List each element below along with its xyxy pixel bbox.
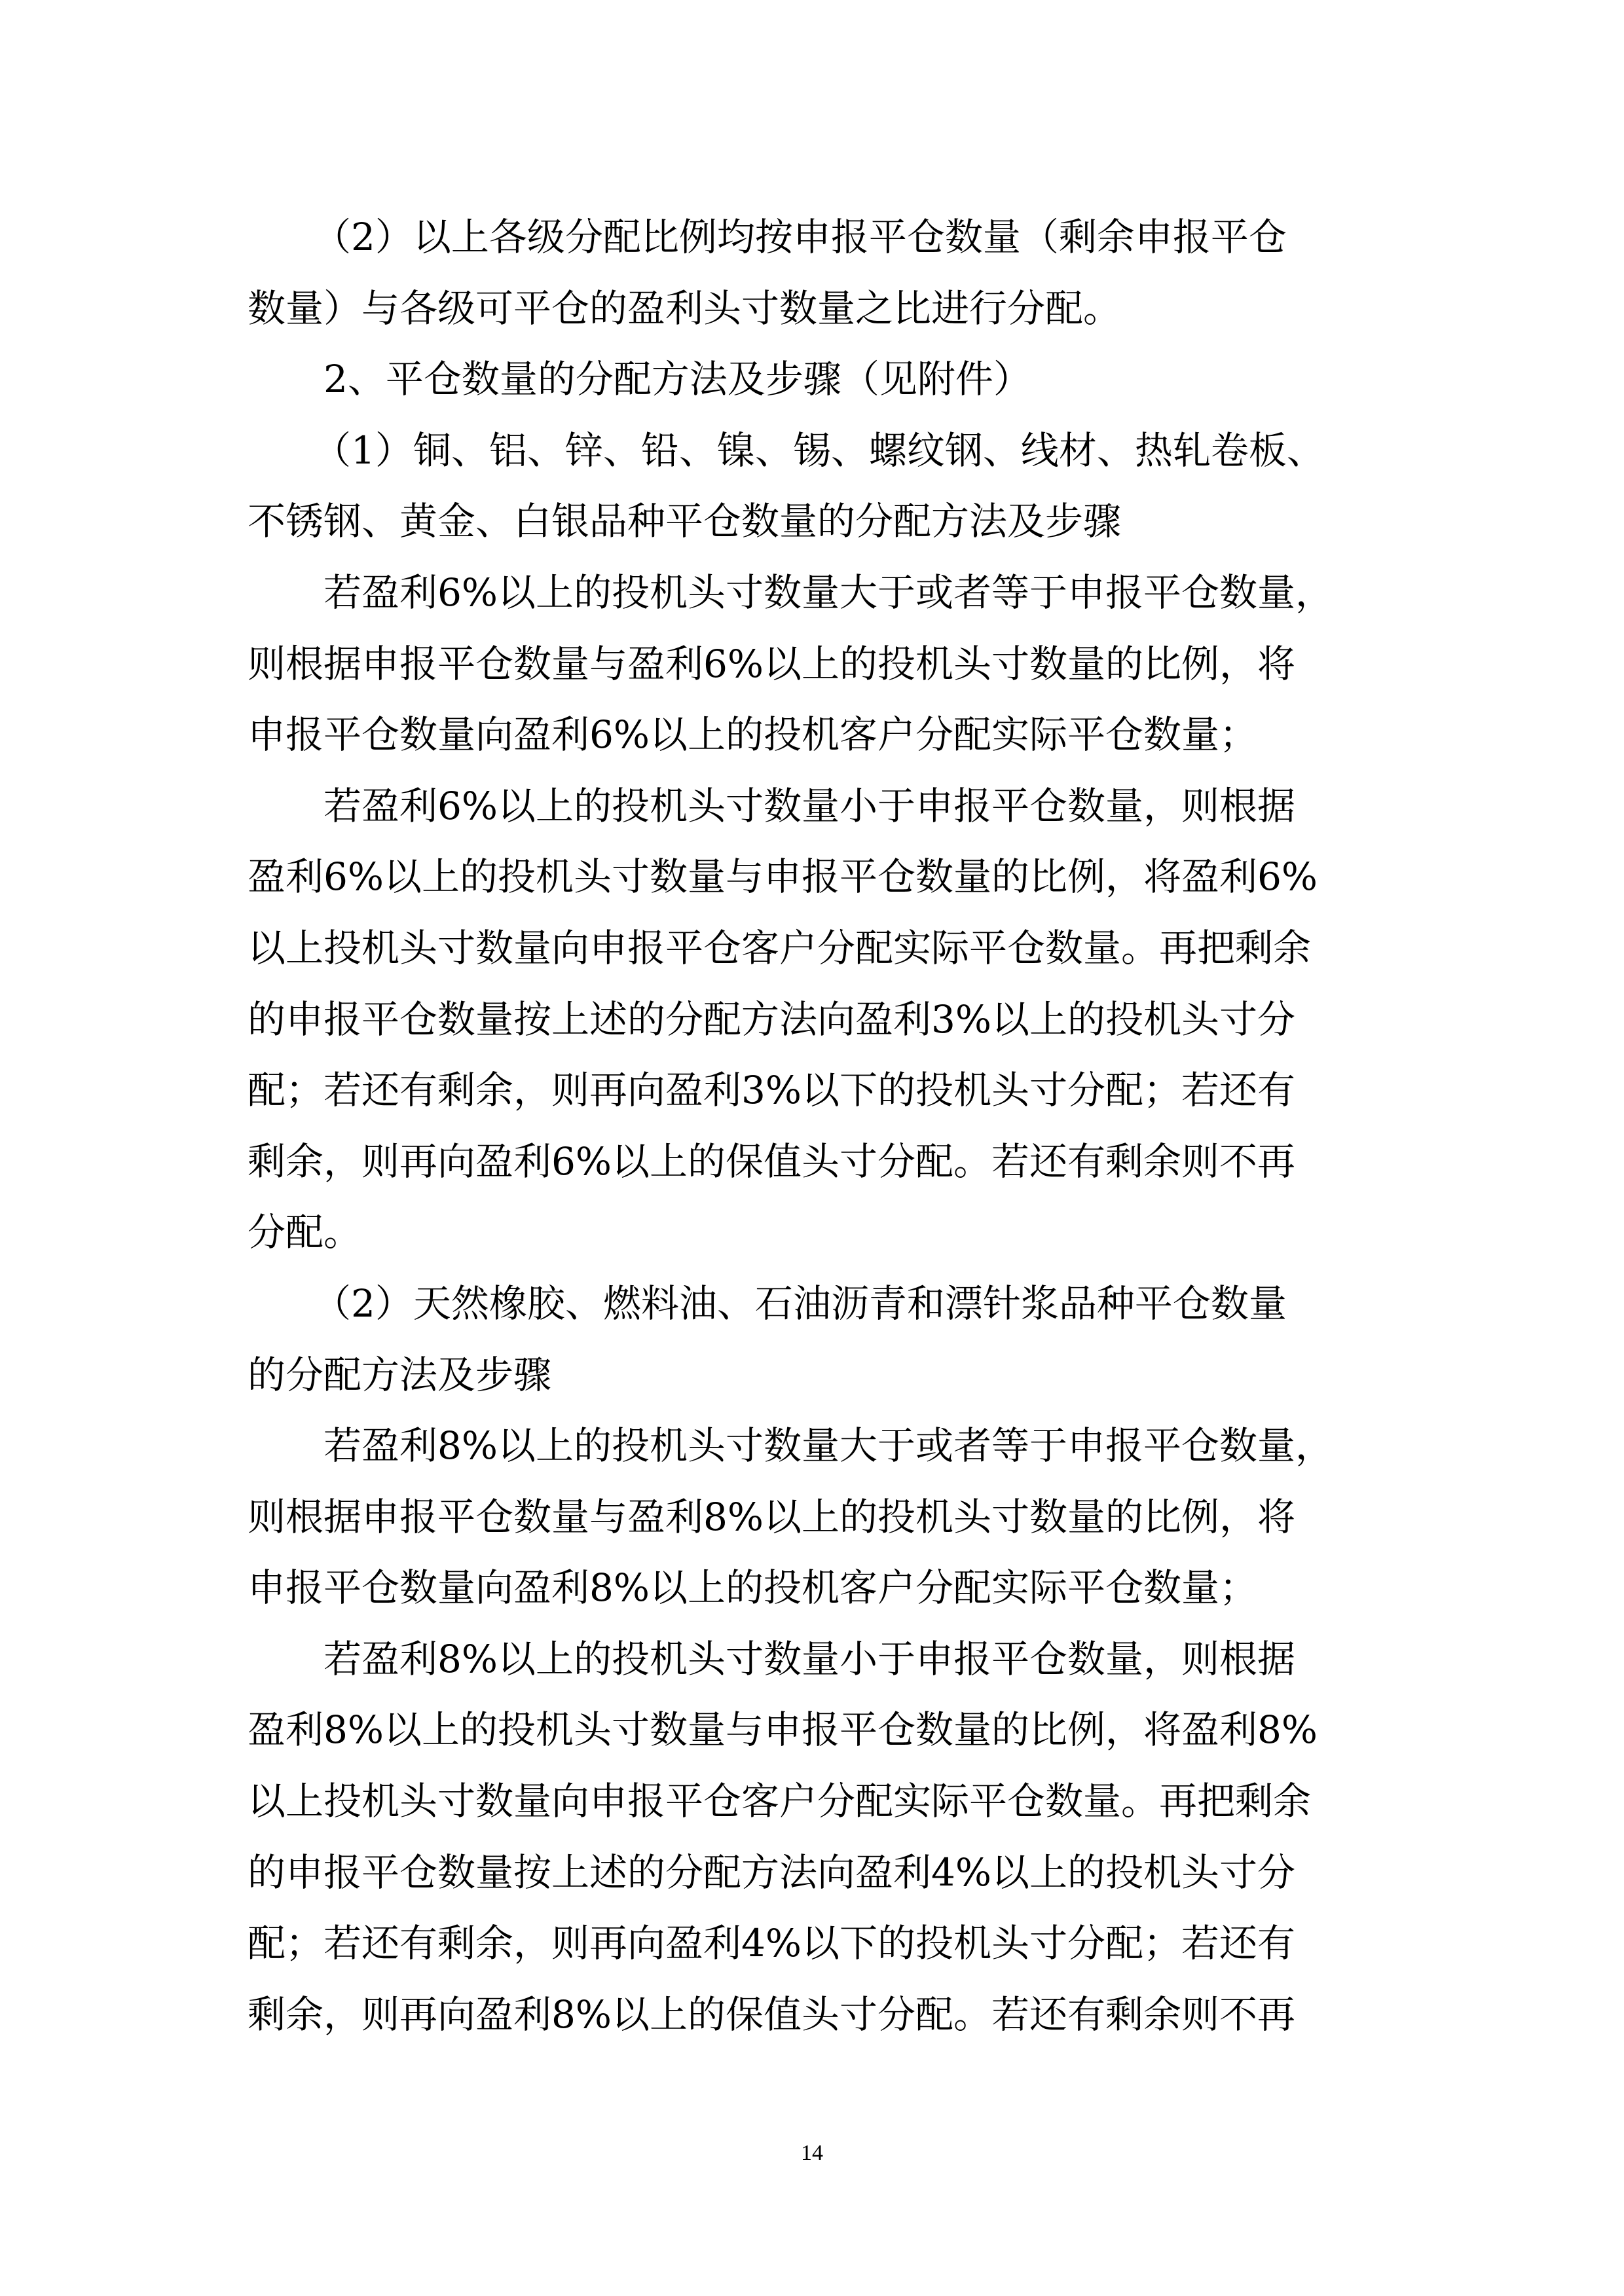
text-line: 以上投机头寸数量向申报平仓客户分配实际平仓数量。再把剩余 (248, 1766, 1387, 1837)
text-line: （2）以上各级分配比例均按申报平仓数量（剩余申报平仓 (248, 202, 1387, 273)
text-line: 数量）与各级可平仓的盈利头寸数量之比进行分配。 (248, 273, 1387, 344)
text-line: 的申报平仓数量按上述的分配方法向盈利3%以上的投机头寸分 (248, 984, 1387, 1055)
subsection-heading: 不锈钢、黄金、白银品种平仓数量的分配方法及步骤 (248, 486, 1387, 557)
text-line: 的申报平仓数量按上述的分配方法向盈利4%以上的投机头寸分 (248, 1837, 1387, 1908)
text-line: 若盈利6%以上的投机头寸数量小于申报平仓数量，则根据 (248, 771, 1387, 842)
subsection-heading: （2）天然橡胶、燃料油、石油沥青和漂针浆品种平仓数量 (248, 1268, 1387, 1339)
document-page: （2）以上各级分配比例均按申报平仓数量（剩余申报平仓 数量）与各级可平仓的盈利头… (0, 0, 1624, 2296)
subsection-heading: 的分配方法及步骤 (248, 1339, 1387, 1411)
text-line: 分配。 (248, 1197, 1387, 1268)
text-line: 配；若还有剩余，则再向盈利4%以下的投机头寸分配；若还有 (248, 1908, 1387, 1979)
body-text: （2）以上各级分配比例均按申报平仓数量（剩余申报平仓 数量）与各级可平仓的盈利头… (248, 202, 1387, 2050)
page-number: 14 (0, 2141, 1624, 2166)
text-line: 配；若还有剩余，则再向盈利3%以下的投机头寸分配；若还有 (248, 1055, 1387, 1126)
text-line: 若盈利8%以上的投机头寸数量小于申报平仓数量，则根据 (248, 1624, 1387, 1695)
text-line: 盈利8%以上的投机头寸数量与申报平仓数量的比例，将盈利8% (248, 1694, 1387, 1766)
subsection-heading: （1）铜、铝、锌、铅、镍、锡、螺纹钢、线材、热轧卷板、 (248, 415, 1387, 486)
text-line: 盈利6%以上的投机头寸数量与申报平仓数量的比例，将盈利6% (248, 841, 1387, 913)
text-line: 申报平仓数量向盈利8%以上的投机客户分配实际平仓数量； (248, 1552, 1387, 1624)
text-line: 剩余，则再向盈利8%以上的保值头寸分配。若还有剩余则不再 (248, 1979, 1387, 2050)
text-line: 则根据申报平仓数量与盈利6%以上的投机头寸数量的比例，将 (248, 629, 1387, 700)
text-line: 若盈利6%以上的投机头寸数量大于或者等于申报平仓数量， (248, 557, 1387, 629)
text-line: 若盈利8%以上的投机头寸数量大于或者等于申报平仓数量， (248, 1410, 1387, 1482)
text-line: 以上投机头寸数量向申报平仓客户分配实际平仓数量。再把剩余 (248, 913, 1387, 984)
text-line: 申报平仓数量向盈利6%以上的投机客户分配实际平仓数量； (248, 699, 1387, 771)
text-line: 则根据申报平仓数量与盈利8%以上的投机头寸数量的比例，将 (248, 1482, 1387, 1553)
section-heading: 2、平仓数量的分配方法及步骤（见附件） (248, 344, 1387, 415)
text-line: 剩余，则再向盈利6%以上的保值头寸分配。若还有剩余则不再 (248, 1126, 1387, 1197)
